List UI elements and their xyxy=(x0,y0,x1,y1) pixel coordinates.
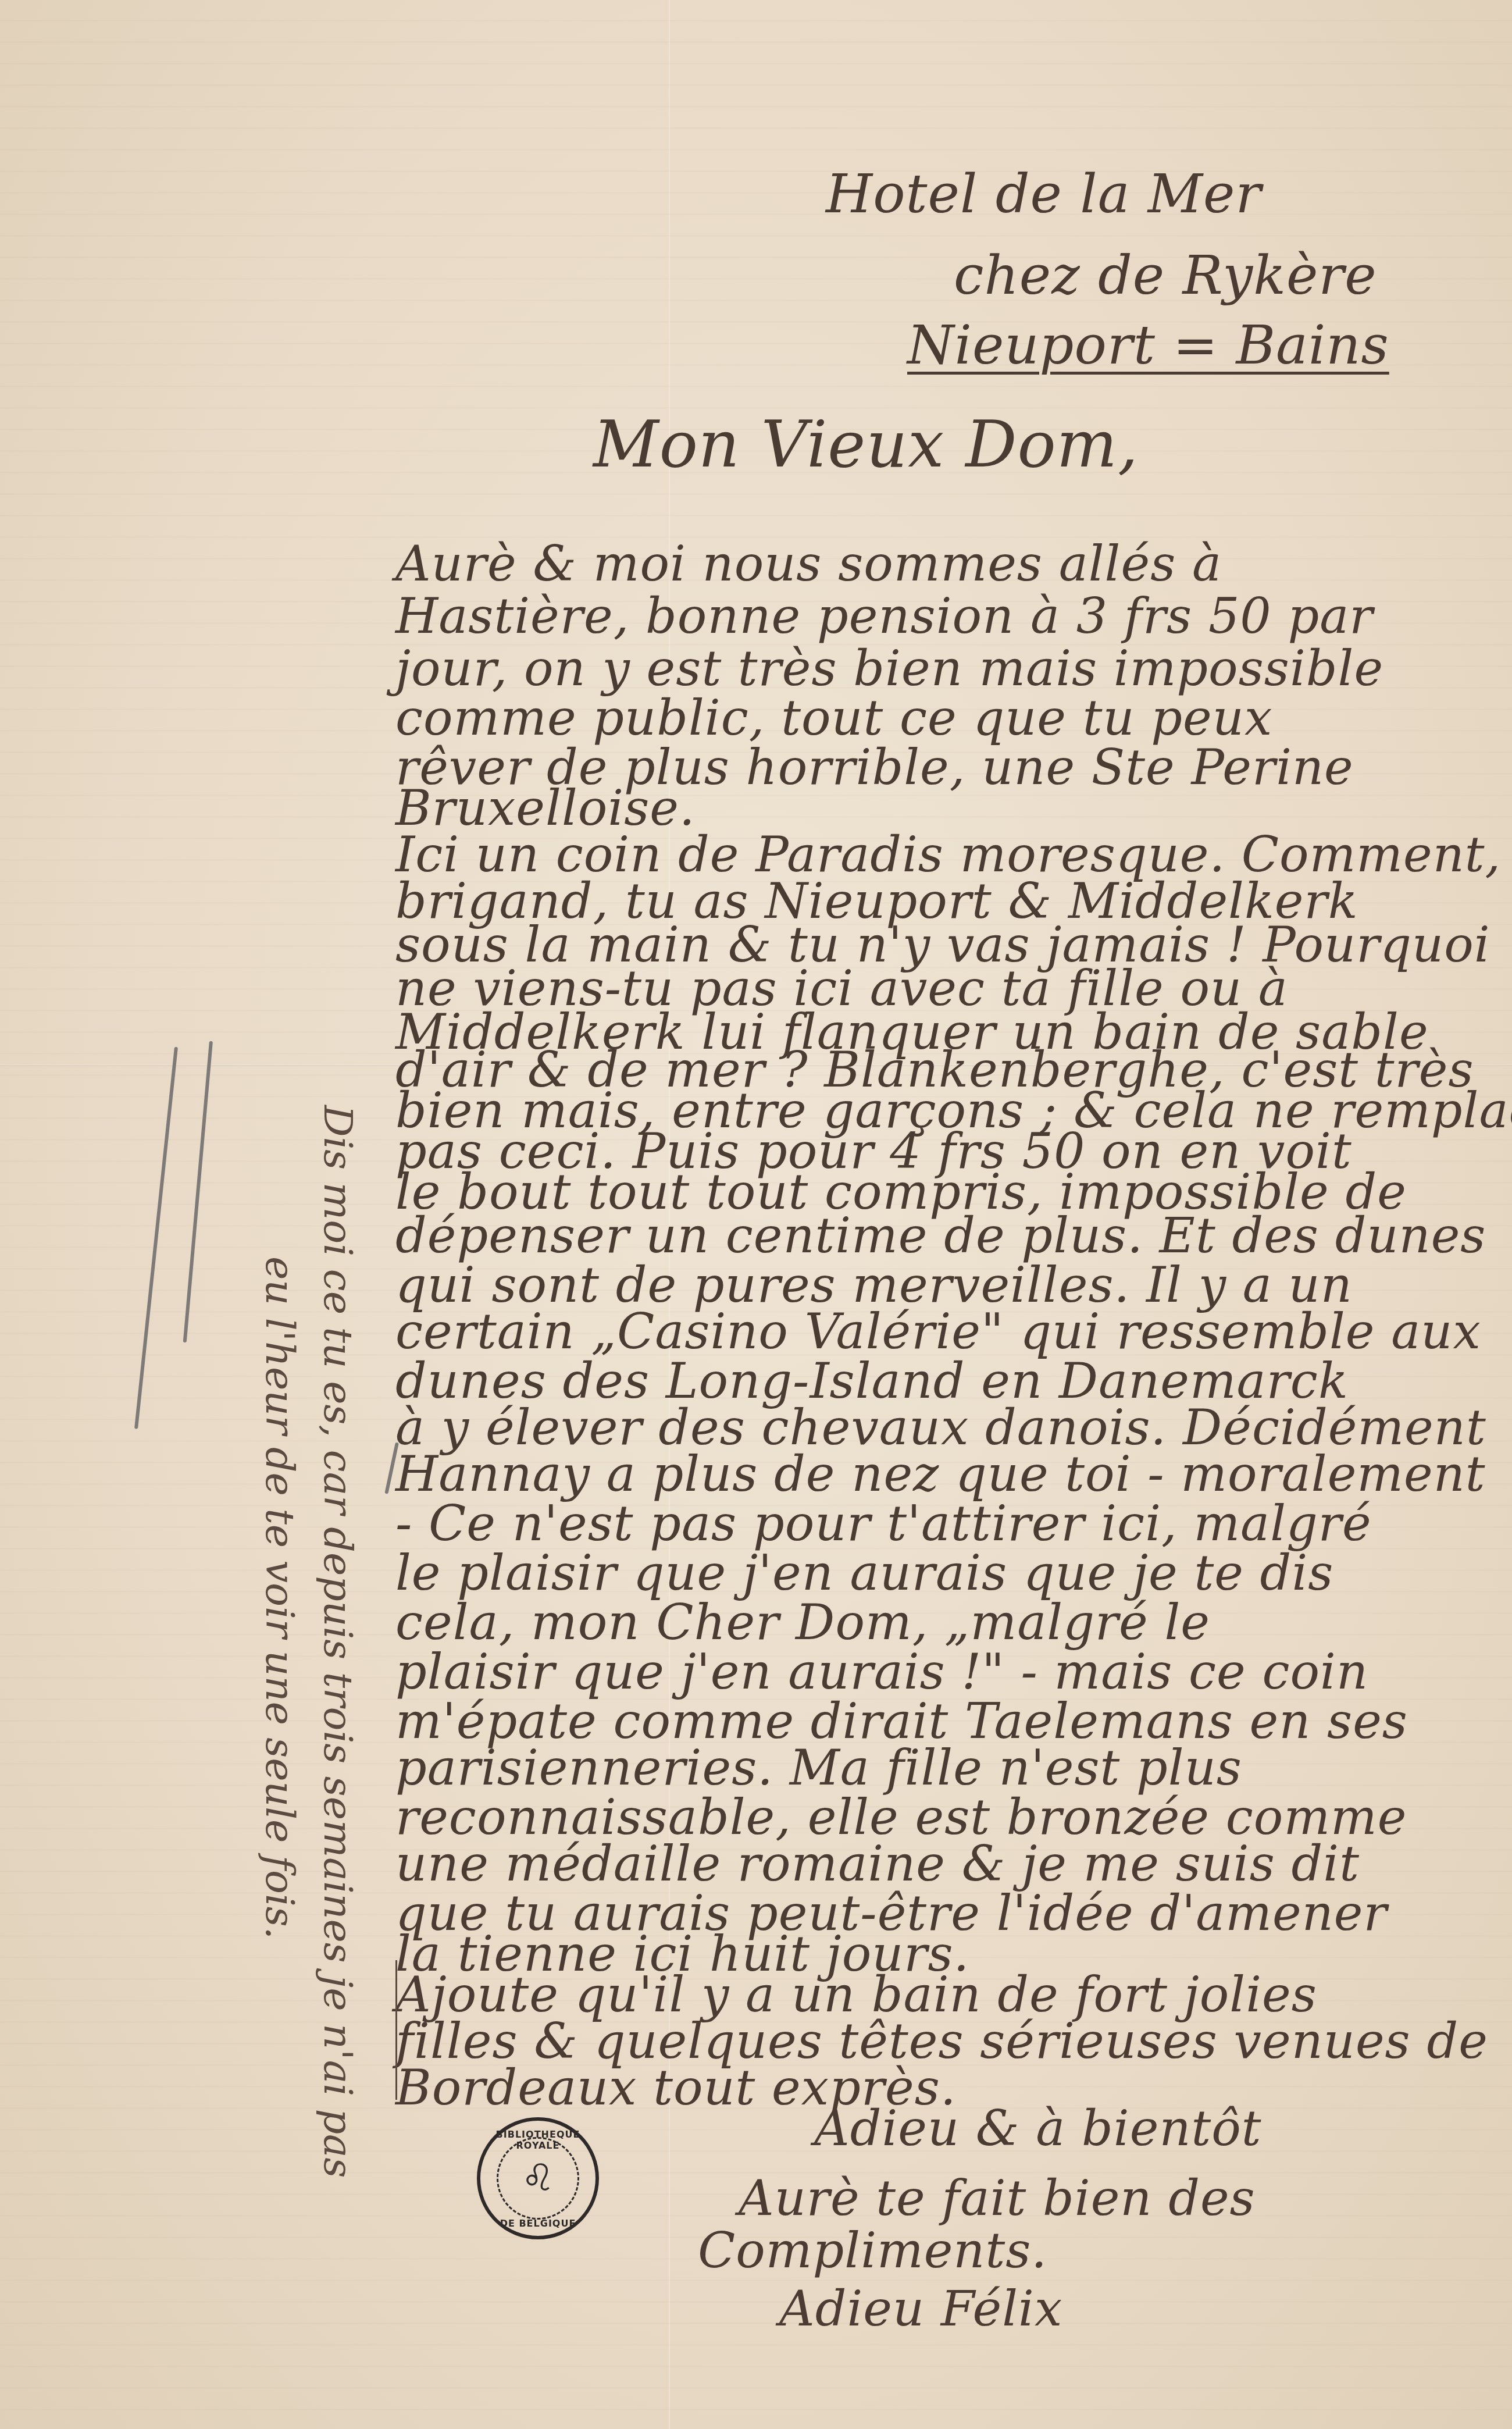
closing-line: Aurè te fait bien des xyxy=(739,2170,1256,2227)
body-line: Hastière, bonne pension à 3 frs 50 par xyxy=(395,587,1374,644)
body-line: Aurè & moi nous sommes allés à xyxy=(395,535,1222,592)
address-line-1: Hotel de la Mer xyxy=(826,163,1261,225)
address-line-2: chez de Rykère xyxy=(954,244,1377,307)
body-line: plaisir que j'en aurais !" - mais ce coi… xyxy=(395,1643,1368,1700)
body-line: Hannay a plus de nez que toi - moralemen… xyxy=(395,1445,1486,1502)
letter-page: Hotel de la Mer chez de Rykère Nieuport … xyxy=(0,0,1512,2429)
body-line: cela, mon Cher Dom, „malgré le xyxy=(395,1594,1210,1651)
signature: Adieu Félix xyxy=(779,2280,1062,2337)
closing-line: Compliments. xyxy=(698,2222,1047,2279)
lion-emblem-icon: ♌ xyxy=(480,2157,595,2200)
body-line: - Ce n'est pas pour t'attirer ici, malgr… xyxy=(395,1495,1372,1552)
closing-line: Adieu & à bientôt xyxy=(814,2100,1262,2157)
body-line: dépenser un centime de plus. Et des dune… xyxy=(395,1207,1486,1264)
margin-note-line-1: Dis moi ce tu es, car depuis trois semai… xyxy=(315,1105,361,2178)
margin-bracket-line xyxy=(395,1960,397,2100)
body-line: le plaisir que j'en aurais que je te dis xyxy=(395,1544,1333,1601)
body-line: certain „Casino Valérie" qui ressemble a… xyxy=(395,1303,1481,1360)
body-line: une médaille romaine & je me suis dit xyxy=(395,1835,1360,1892)
body-line: comme public, tout ce que tu peux xyxy=(395,689,1272,746)
pencil-mark xyxy=(183,1041,213,1343)
stamp-top-text: BIBLIOTHEQUE ROYALE xyxy=(480,2129,595,2151)
body-line: jour, on y est très bien mais impossible xyxy=(395,640,1383,697)
stamp-bottom-text: DE BELGIQUE xyxy=(480,2218,595,2229)
margin-note-line-2: eu l'heur de te voir une seule fois. xyxy=(256,1256,302,1939)
pencil-mark xyxy=(134,1047,178,1429)
salutation: Mon Vieux Dom, xyxy=(593,407,1139,482)
address-line-3: Nieuport = Bains xyxy=(907,314,1389,376)
body-line: parisienneries. Ma fille n'est plus xyxy=(395,1739,1242,1796)
library-stamp: BIBLIOTHEQUE ROYALE ♌ DE BELGIQUE xyxy=(477,2117,599,2239)
